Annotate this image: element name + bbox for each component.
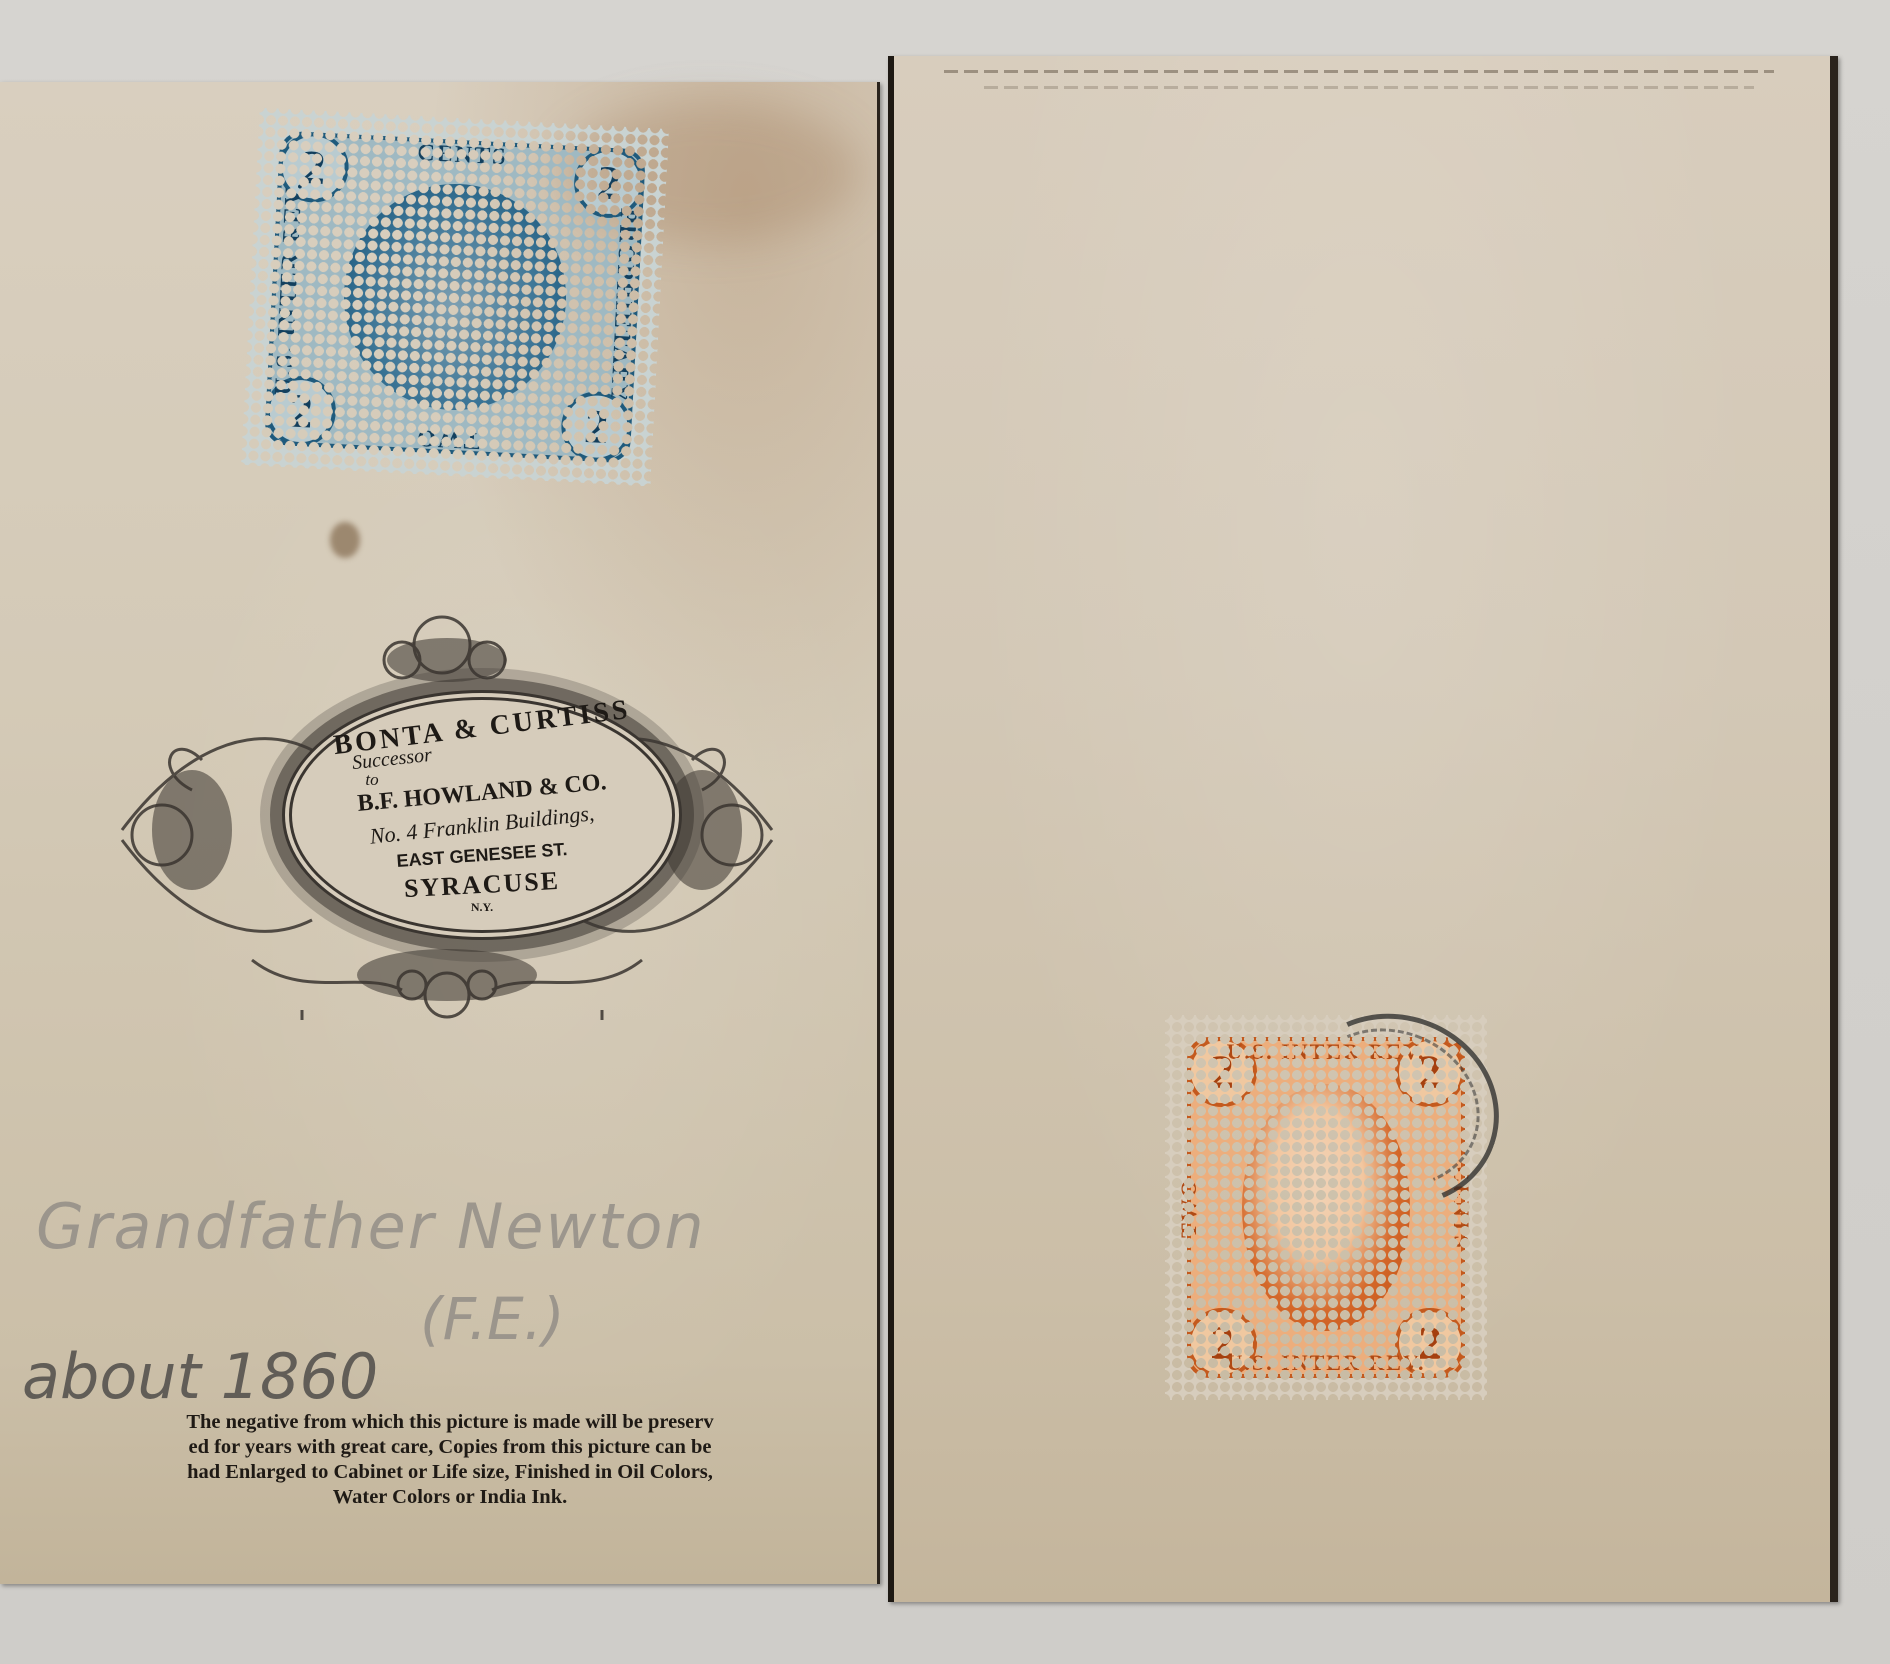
- stamp-right-text: PROPRIETARY: [604, 207, 641, 404]
- handwritten-date: about 1860: [22, 1340, 378, 1413]
- notice-line: Water Colors or India Ink.: [20, 1485, 880, 1510]
- faded-top-line: [944, 70, 1774, 73]
- portrait-oval: [338, 178, 571, 416]
- stamp-left-text: TWO: [1176, 1178, 1202, 1238]
- handwritten-initials: (F.E.): [420, 1285, 565, 1353]
- stamp-left-text: U.S. INTER REV.: [271, 181, 309, 396]
- printed-notice: The negative from which this picture is …: [20, 1410, 880, 1510]
- notice-line: had Enlarged to Cabinet or Life size, Fi…: [20, 1460, 880, 1485]
- blue-revenue-stamp: 2 2 2 2 CENTS TWO U.S. INTER REV. PROPRI…: [241, 108, 669, 487]
- state: N.Y.: [292, 900, 672, 915]
- handwritten-name: Grandfather Newton: [36, 1190, 706, 1263]
- notice-line: ed for years with great care, Copies fro…: [20, 1435, 880, 1460]
- stamp-bottom-text: TWO: [415, 423, 481, 453]
- stamp-bottom-text: U.S. INTER REV.: [1227, 1350, 1426, 1376]
- stamp-frame: 2 2 2 2 CENTS TWO U.S. INTER REV. PROPRI…: [264, 131, 646, 464]
- photographer-imprint: BONTA & CURTISS Successor to B.F. HOWLAN…: [72, 540, 822, 1080]
- faded-top-line: [984, 86, 1754, 89]
- stamp-top-text: CENTS: [417, 140, 508, 172]
- imprint-cartouche: BONTA & CURTISS Successor to B.F. HOWLAN…: [282, 690, 682, 940]
- notice-line: The negative from which this picture is …: [20, 1410, 880, 1435]
